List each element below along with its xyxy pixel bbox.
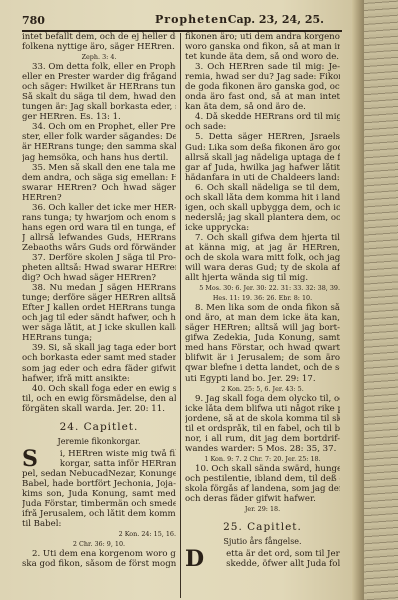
text-line: Babel, hade bortfört Jechonia, Joja- <box>22 479 176 489</box>
text-line: 35. Men så skall den ene tala med <box>22 163 176 173</box>
chapter-range: Cap. 23, 24, 25. <box>228 13 324 26</box>
chapter-summary: Jeremie fikonkorgar. <box>22 436 176 447</box>
book-title: Propheten <box>155 13 228 26</box>
text-line: allrså skall jag nädeliga uptaga de fån- <box>185 153 340 163</box>
text-line: 9. Jag skall foga dem olycko til, och <box>185 394 340 404</box>
text-line: skola förgås af landena, som jag dem <box>185 484 340 494</box>
text-line: hans egen ord wara til en tunga, efter <box>22 223 176 233</box>
text-line: som jag eder och edra fäder gifwit <box>22 364 176 374</box>
text-line: nederslå; jag skall plantera dem, och <box>185 213 340 223</box>
text-line: och de skola wara mitt folk, och jag <box>185 253 340 263</box>
text-line: 5. Detta säger HERren, Jsraels <box>185 132 340 142</box>
column-divider <box>180 33 181 598</box>
text-line: och säger: Hwilket är HERrans tunge? <box>22 82 176 92</box>
text-line: 2. Uti dem ena korgenom woro gan- <box>22 549 176 559</box>
text-line: onda äro fast ond, så at man intet <box>185 92 340 102</box>
text-line: uti Egypti land bo. Jer. 29: 17. <box>185 374 340 384</box>
text-line: och pestilentie, ibland dem, til deß de <box>185 474 340 484</box>
text-line: til Babel: <box>22 519 176 529</box>
text-line: 38. Nu medan J sägen HERrans <box>22 283 176 293</box>
text-line: remia, hwad ser du? Jag sade: Fikon; <box>185 72 340 82</box>
text-line: jordene, så at de skola komma til skam, <box>185 414 340 424</box>
text-line: kims son, Juda Konung, samt med <box>22 489 176 499</box>
text-line: 3. Och HERren sade til mig: Je- <box>185 62 340 72</box>
text-line: säger HERren; alltså will jag bort- <box>185 323 340 333</box>
text-line: ger HERren. Es. 13: 1. <box>22 112 176 122</box>
text-line: swarar HERren? Och hwad säger <box>22 183 176 193</box>
text-line: eller en Prester warder dig frågandes, <box>22 72 176 82</box>
text-line: HERren? <box>22 193 176 203</box>
text-line: wandes warder: 5 Mos. 28: 35, 37. <box>185 444 340 454</box>
text-line: 34. Och om en Prophet, eller Pre- <box>22 122 176 132</box>
text-line: icke låta dem blifwa uti något rike på <box>185 404 340 414</box>
text-line: til, och en ewig försmädelse, den aldrig <box>22 394 176 404</box>
text-line: pheten alltså: Hwad swarar HERren <box>22 263 176 273</box>
text-line: dig? Och hwad säger HERren? <box>22 273 176 283</box>
text-line: woro ganska ond fikon, så at man in- <box>185 42 340 52</box>
text-line: at känna mig, at jag är HERren, <box>185 243 340 253</box>
book-gutter <box>352 0 364 600</box>
text-line: är HERrans tunge; den samma skall <box>22 142 176 152</box>
cross-reference: Hes. 11: 19. 36: 26. Ebr. 8: 10. <box>185 293 340 303</box>
text-line: 10. Och skall sända swärd, hunger <box>185 464 340 474</box>
text-line: förgäten skall warda. Jer. 20: 11. <box>22 404 176 414</box>
text-line: 37. Derföre skolen J säga til Pro- <box>22 253 176 263</box>
cross-reference: 2 Kon. 25: 5, 6. Jer. 43: 5. <box>185 384 340 394</box>
text-line: 36. Och kaller det icke mer HER- <box>22 203 176 213</box>
text-line: blifwit är i Jerusalem; de som äro <box>185 353 340 363</box>
right-column: fikonen äro; uti dem andra korgenomworo … <box>185 32 340 569</box>
text-line: kan äta dem, så ond äro de. <box>185 102 340 112</box>
text-line: til et ordspråk, til en fabel, och til b… <box>185 424 340 434</box>
drop-cap: S <box>22 449 38 469</box>
chapter-heading: 25. Capitlet. <box>185 519 340 536</box>
text-line: wer säga låtit, at J icke skullen kallat <box>22 323 176 333</box>
chapter-summary: Sjutio års fångelse. <box>185 536 340 547</box>
text-line: och borkasta eder samt med staden, <box>22 353 176 363</box>
cross-reference: 1 Kon. 9: 7. 2 Chr. 7: 20. Jer. 25: 18. <box>185 454 340 464</box>
text-line: 8. Men lika som de onda fikon så <box>185 303 340 313</box>
left-column: intet befallt dem, och de ej heller deßo… <box>22 32 176 569</box>
cross-reference: 2 Kon. 24: 15, 16. <box>22 529 176 539</box>
text-line: J allrså lefwandes Guds, HERrans <box>22 233 176 243</box>
text-line: ond äro, at man dem icke äta kan, <box>185 313 340 323</box>
text-line: etta är det ord, som til Jeremia <box>206 549 340 559</box>
text-line: de goda fikonen äro ganska god, och de <box>185 82 340 92</box>
text-line: intet befallt dem, och de ej heller deßo <box>22 32 176 42</box>
text-line: will wara deras Gud; ty de skola af <box>185 263 340 273</box>
text-line: ster, eller folk warder sägandes: Det <box>22 132 176 142</box>
text-line: jag hemsöka, och hans hus dertil. <box>22 153 176 163</box>
text-line: tunge; derföre säger HERren alltså: <box>22 293 176 303</box>
text-line: ifrå Jerusalem, och låtit dem komma <box>22 509 176 519</box>
cross-reference: 5 Mos. 30: 6. Jer. 30: 22. 31: 33. 32: 3… <box>185 283 340 293</box>
text-line: folkena nyttige äro, säger HERren. <box>22 42 176 52</box>
cross-reference: Jer. 29: 18. <box>185 504 340 514</box>
page-number: 780 <box>22 14 45 27</box>
text-line: i, HERren wiste mig twå fikona- <box>40 449 176 459</box>
text-line: tet kunde äta dem, så ond woro de. <box>185 52 340 62</box>
text-line: icke upprycka: <box>185 223 340 233</box>
text-line: med hans Förstar, och hwad qwart <box>185 343 340 353</box>
text-line: gar af Juda, hwilka jag hafwer låtit <box>185 163 340 173</box>
text-line: gifwa Zedekia, Juda Konung, samt <box>185 333 340 343</box>
text-line: och deras fäder gifwit hafwer. <box>185 494 340 504</box>
text-line: 33. Om detta folk, eller en Prophet, <box>22 62 176 72</box>
text-line: Juda Förstar, timbermän och smeder, <box>22 499 176 509</box>
text-line: allt hjerta wända sig til mig. <box>185 273 340 283</box>
text-line: qwar blefne i detta landet, och de som <box>185 363 340 373</box>
text-line: fikonen äro; uti dem andra korgenom <box>185 32 340 42</box>
text-line: igen, och skall upbygga dem, och icke <box>185 203 340 213</box>
cross-reference: Zeph. 3: 4. <box>22 52 176 62</box>
text-line: ska god fikon, såsom de först mogna <box>22 559 176 569</box>
text-line: 39. Si, så skall jag taga eder bort, <box>22 343 176 353</box>
text-line: och jag til eder sändt hafwer, och haf- <box>22 313 176 323</box>
drop-cap: D <box>185 549 204 569</box>
chapter-heading: 24. Capitlet. <box>22 419 176 436</box>
text-line: tungen är: Jag skall borkasta eder, sä- <box>22 102 176 112</box>
cross-reference: 2 Chr. 36: 9, 10. <box>22 539 176 549</box>
text-line: HERrans tunga; <box>22 333 176 343</box>
text-line: och skall låta dem komma hit i landet <box>185 193 340 203</box>
text-line: och sade: <box>185 122 340 132</box>
text-line: nor, i all rum, dit jag dem bortdrif- <box>185 434 340 444</box>
text-line: skedde, öfwer allt Juda folk, uti <box>206 559 340 569</box>
text-line: Efter J kallen ordet HERrans tunga, <box>22 303 176 313</box>
text-line: Så skalt du säga til dem, hwad den <box>22 92 176 102</box>
text-line: hafwer, ifrå mitt ansikte: <box>22 374 176 384</box>
facing-page-edge <box>364 0 398 600</box>
running-header: 780 Propheten Cap. 23, 24, 25. <box>22 12 342 28</box>
text-line: Zebaoths wårs Guds ord förwänden. <box>22 243 176 253</box>
text-line: hädanfara in uti de Chaldeers land: <box>185 173 340 183</box>
text-line: korgar, satta inför HERrans tem- <box>40 459 176 469</box>
text-line: 40. Och skall foga eder en ewig skam <box>22 384 176 394</box>
text-line: 6. Och skall nädeliga se til dem, <box>185 183 340 193</box>
text-line: dem andra, och säga sig emellan: Hwad <box>22 173 176 183</box>
text-line: 7. Och skall gifwa dem hjerta til <box>185 233 340 243</box>
text-line: Gud: Lika som deßa fikonen äro god, <box>185 143 340 153</box>
text-line: rans tunga; ty hwarjom och enom skall <box>22 213 176 223</box>
text-line: 4. Då skedde HERrans ord til mig, <box>185 112 340 122</box>
text-line: pel, sedan NebucadNezar, Konungen i <box>22 469 176 479</box>
